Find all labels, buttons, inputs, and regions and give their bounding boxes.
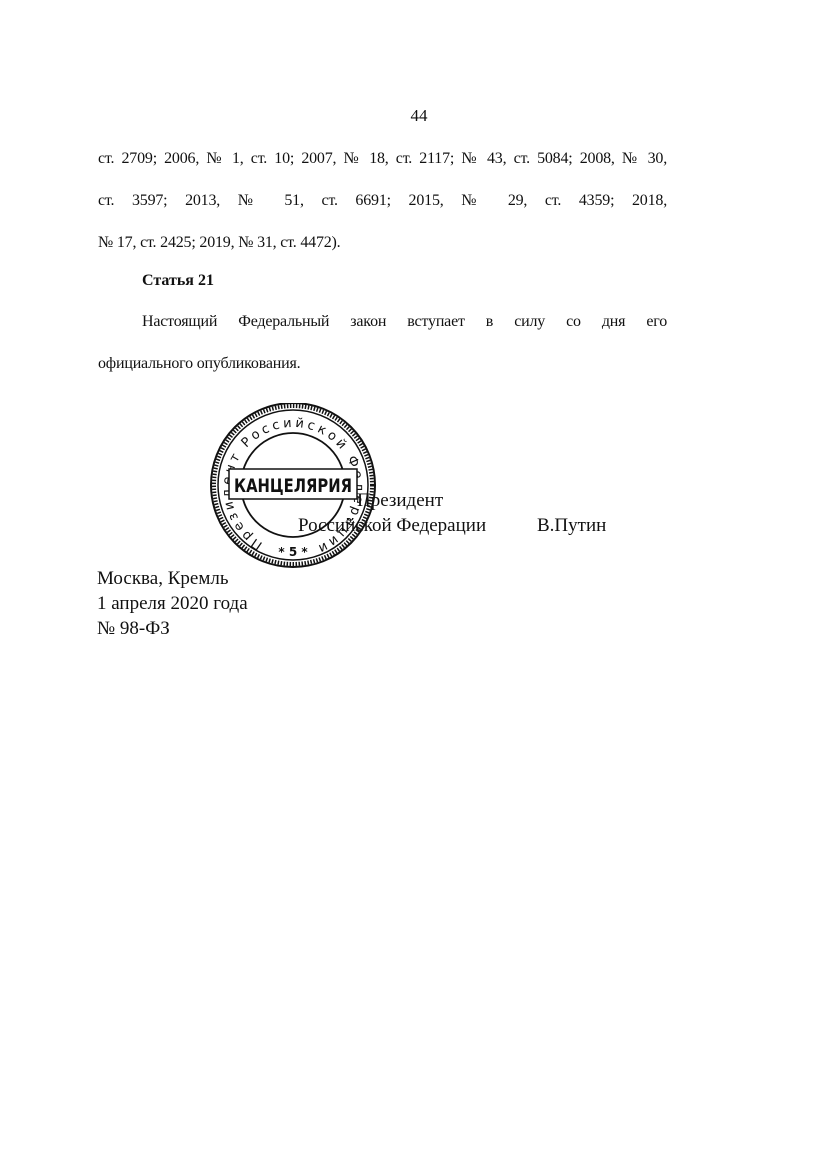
article-text-line-1: Настоящий Федеральный закон вступает в с… — [142, 313, 667, 331]
page-number: 44 — [0, 106, 826, 126]
svg-text:* 5 *: * 5 * — [278, 545, 308, 559]
references-line-3: № 17, ст. 2425; 2019, № 31, ст. 4472). — [98, 234, 667, 252]
seal-stamp: Президент Российской Федерации КАНЦЕЛЯРИ… — [207, 403, 379, 568]
footer-place: Москва, Кремль — [97, 568, 229, 590]
footer-law-number: № 98-ФЗ — [97, 618, 170, 640]
footer-date: 1 апреля 2020 года — [97, 593, 248, 615]
references-line-1: ст. 2709; 2006, № 1, ст. 10; 2007, № 18,… — [98, 150, 667, 168]
article-text-line-2: официального опубликования. — [98, 355, 667, 373]
article-title: Статья 21 — [142, 272, 214, 290]
references-line-2: ст. 3597; 2013, № 51, ст. 6691; 2015, № … — [98, 192, 667, 210]
stamp-center-text: КАНЦЕЛЯРИЯ — [234, 475, 352, 497]
signature-name: В.Путин — [537, 515, 606, 537]
